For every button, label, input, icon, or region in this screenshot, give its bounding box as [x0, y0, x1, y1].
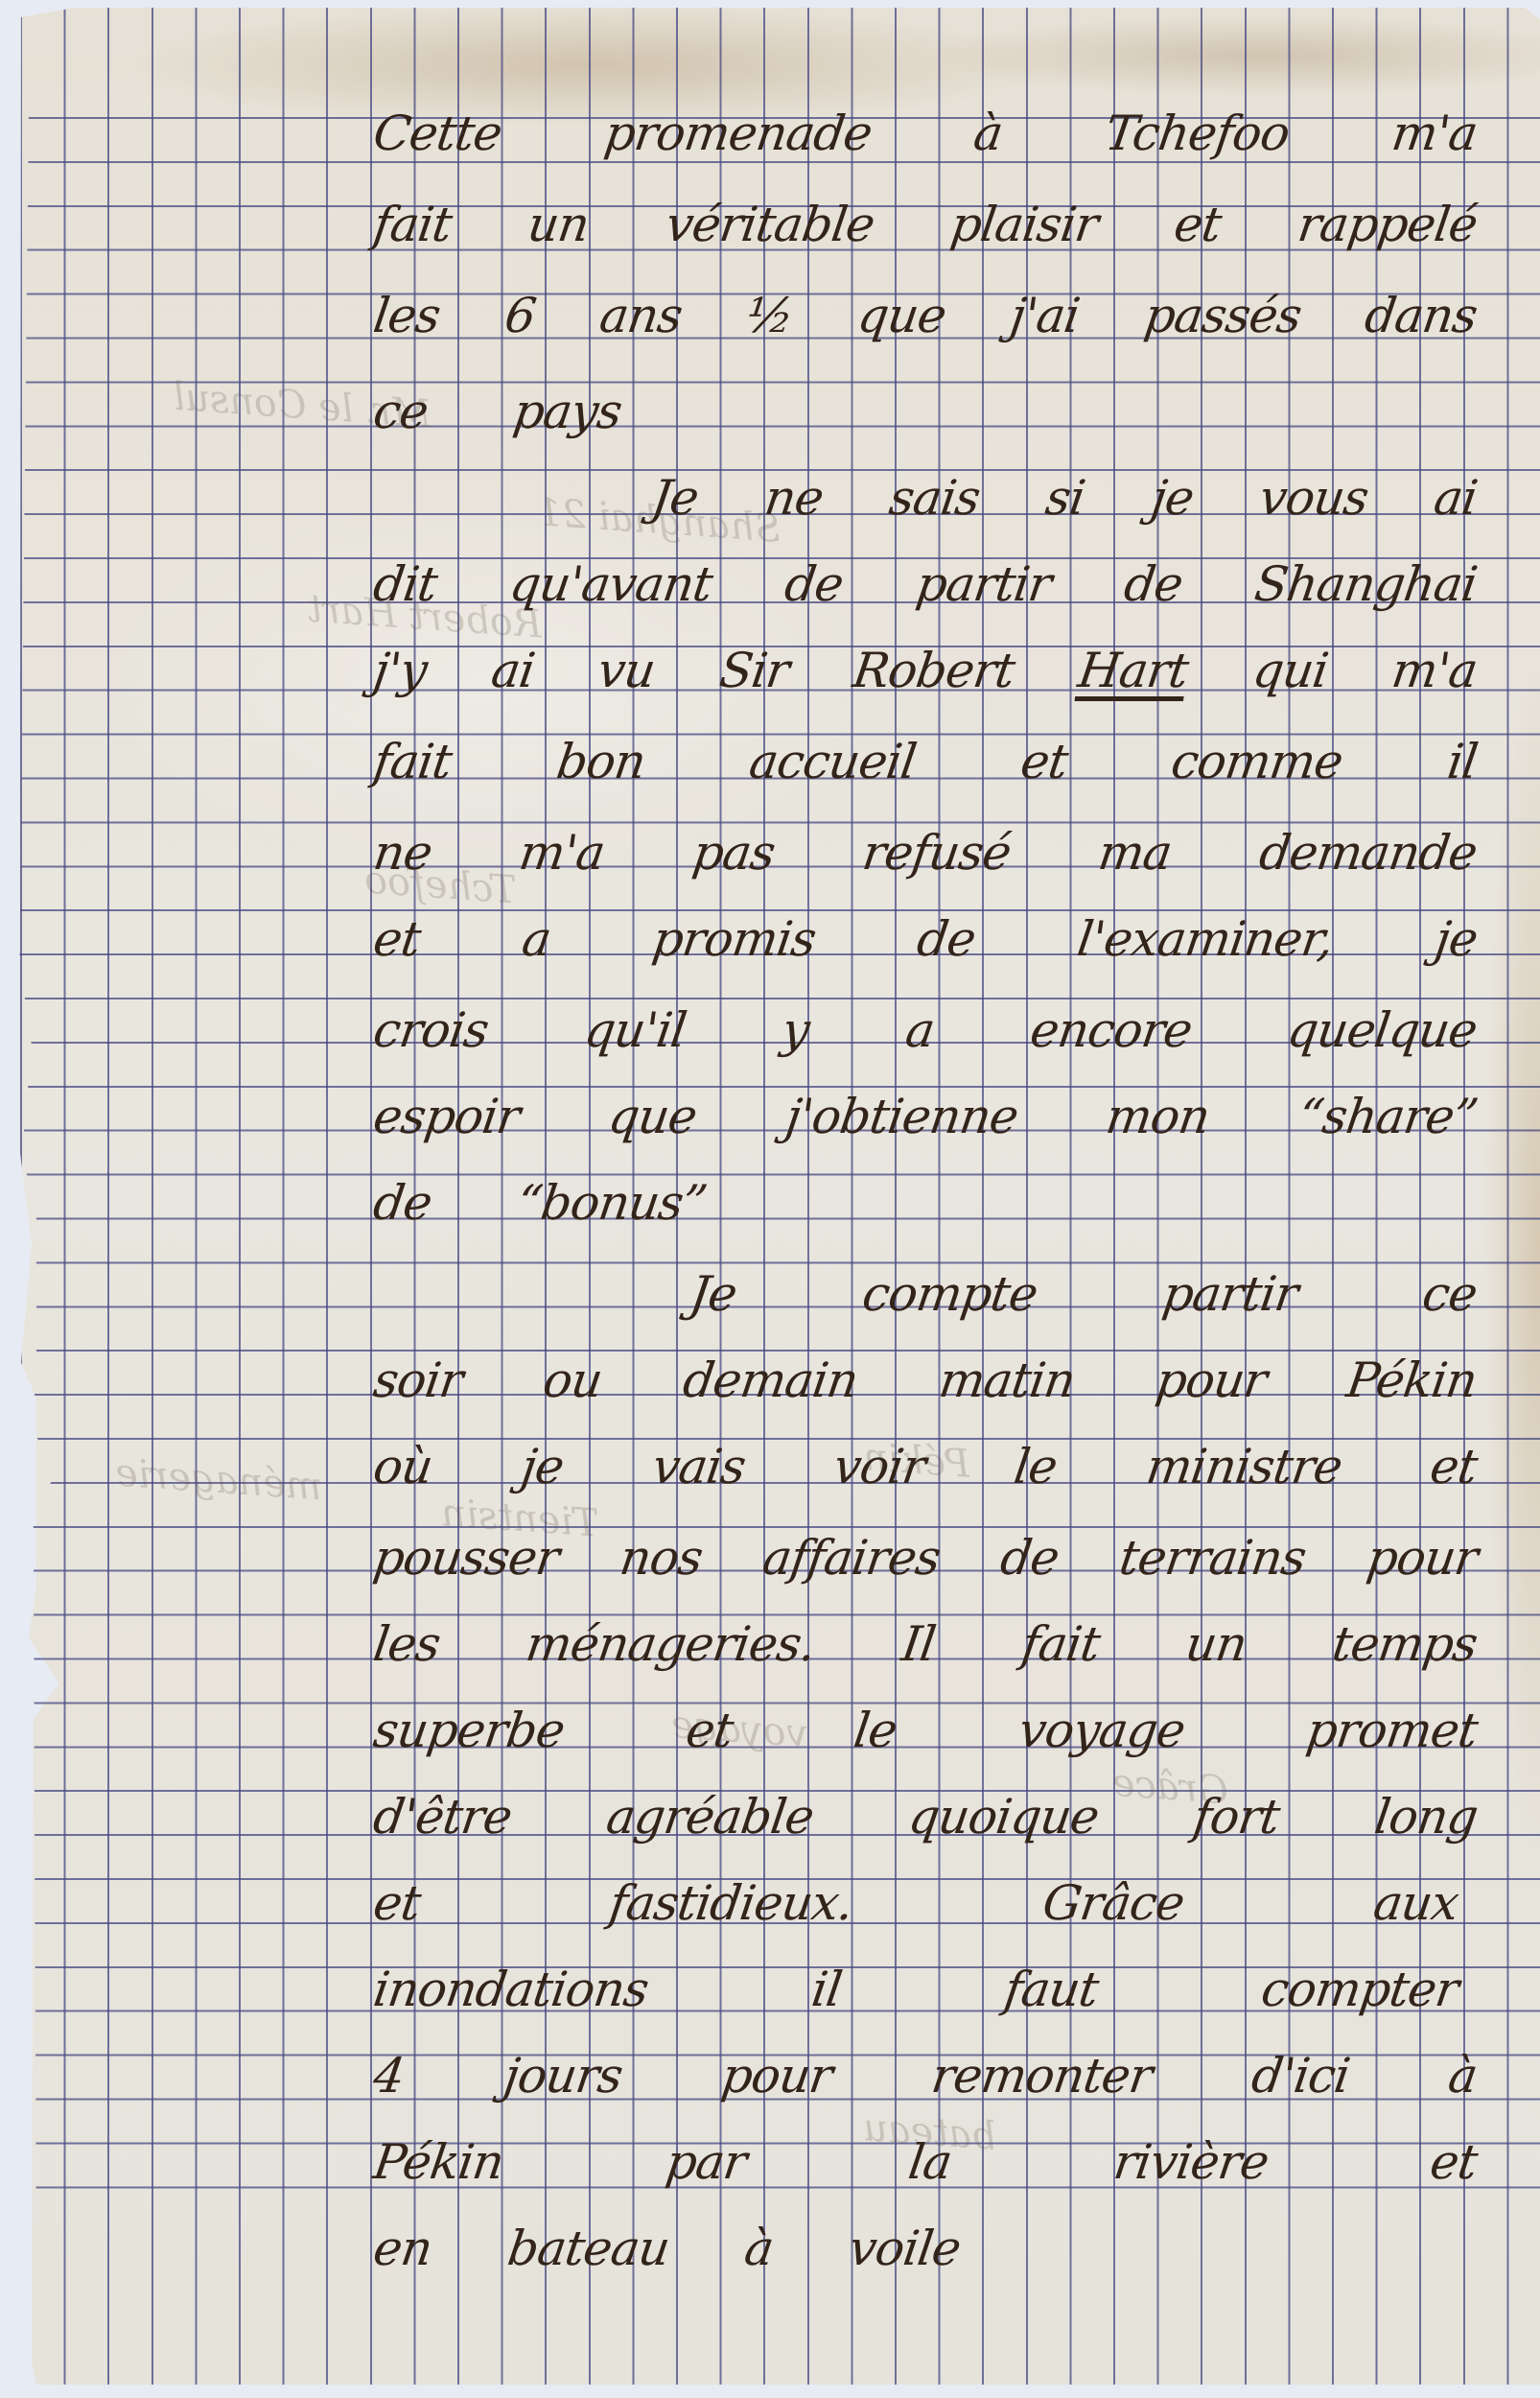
letter-line: poussernosaffairesdeterrainspour [374, 1530, 1477, 1586]
letter-line: Jenesaissijevousai [652, 470, 1477, 526]
word: pas [689, 825, 779, 881]
letter-line: etapromisdel'examiner,je [374, 911, 1477, 967]
word: ai [487, 643, 537, 698]
word: promenade [601, 106, 875, 161]
word: a [902, 1002, 938, 1058]
word: pour [1153, 1352, 1270, 1408]
word: pour [718, 2048, 835, 2104]
word: agréable [603, 1789, 817, 1845]
letter-line: ditqu'avantdepartirdeShanghai [374, 556, 1477, 612]
word: bateau [504, 2221, 673, 2276]
word: ce [370, 384, 432, 439]
word: à [1445, 2048, 1481, 2104]
word: Sir [716, 643, 792, 698]
word: j'ai [1007, 288, 1083, 343]
word: où [370, 1439, 435, 1494]
word: ménageries. [523, 1616, 819, 1672]
word: temps [1329, 1616, 1481, 1672]
word: comme [1168, 734, 1346, 789]
word: Pékin [1343, 1352, 1481, 1408]
letter-line: nem'apasrefusémademande [374, 825, 1477, 881]
word: véritable [663, 197, 877, 252]
word: Pékin [370, 2134, 507, 2190]
word: fait [370, 197, 455, 252]
letter-line: croisqu'ilyaencorequelque [374, 1002, 1477, 1058]
letter-line: j'yaivuSirRobertHartquim'a [374, 643, 1477, 698]
word: vous [1256, 470, 1371, 526]
word: Robert [850, 643, 1017, 698]
word: remonter [928, 2048, 1155, 2104]
word: et [1427, 2134, 1481, 2190]
letter-line: CettepromenadeàTchefoom'a [374, 106, 1477, 161]
word: encore [1027, 1002, 1196, 1058]
word: mon [1103, 1089, 1213, 1144]
word: que [605, 1089, 700, 1144]
word: terrains [1116, 1530, 1309, 1586]
word: et [1427, 1439, 1481, 1494]
word: je [1432, 911, 1481, 967]
word: Tchefoo [1102, 106, 1293, 161]
word: la [905, 2134, 955, 2190]
word: passés [1140, 288, 1304, 343]
word: un [525, 197, 593, 252]
word: rivière [1110, 2134, 1272, 2190]
word: quoique [905, 1789, 1102, 1845]
word: jours [501, 2048, 626, 2104]
word: fait [370, 734, 455, 789]
word: ½ [743, 288, 797, 343]
word: “share” [1295, 1089, 1481, 1144]
word: partir [913, 556, 1055, 612]
word: le [851, 1703, 900, 1758]
word: si [1042, 470, 1088, 526]
letter-line: etfastidieux.Grâceaux [374, 1875, 1458, 1931]
word: les [370, 1616, 443, 1672]
letter-line: les6ans½quej'aipassésdans [374, 288, 1477, 343]
word: compte [859, 1266, 1040, 1322]
word: quelque [1284, 1002, 1481, 1058]
word: je [1148, 470, 1197, 526]
word: voyage [1015, 1703, 1188, 1758]
letter-line: cepays [374, 384, 1477, 439]
word: dit [370, 556, 440, 612]
word: affaires [759, 1530, 944, 1586]
word: il [1444, 734, 1481, 789]
word: de [997, 1530, 1062, 1586]
word: pousser [370, 1530, 562, 1586]
word: y [779, 1002, 812, 1058]
letter-line: de“bonus” [374, 1175, 1477, 1231]
word: à [741, 2221, 777, 2276]
letter-line: inondationsilfautcompter [374, 1962, 1458, 2017]
word: nos [616, 1530, 705, 1586]
letter-line: Pékinparlarivièreet [374, 2134, 1477, 2190]
word: je [518, 1439, 567, 1494]
word: le [1011, 1439, 1061, 1494]
word: ma [1095, 825, 1175, 881]
word: refusé [859, 825, 1015, 881]
word: ne [370, 825, 435, 881]
word: les [370, 288, 443, 343]
word: ai [1431, 470, 1481, 526]
word: pour [1364, 1530, 1481, 1586]
word: a [519, 911, 554, 967]
word: partir [1159, 1266, 1301, 1322]
word: ce [1419, 1266, 1481, 1322]
word: accueil [746, 734, 920, 789]
word: que [854, 288, 949, 343]
word: ans [596, 288, 686, 343]
word: voile [846, 2221, 964, 2276]
word: j'obtienne [782, 1089, 1020, 1144]
word: de [1121, 556, 1186, 612]
word: vais [649, 1439, 749, 1494]
letter-line: Jecomptepartirce [690, 1266, 1477, 1322]
letter-line: espoirquej'obtiennemon“share” [374, 1089, 1477, 1144]
word: j'y [370, 643, 431, 698]
word: m'a [516, 825, 608, 881]
word: faut [1001, 1962, 1102, 2017]
word: long [1371, 1789, 1481, 1845]
word: ou [540, 1352, 605, 1408]
word: compter [1258, 1962, 1461, 2017]
word: Hart [1075, 643, 1192, 698]
word: de [370, 1175, 435, 1231]
word: qu'avant [506, 556, 715, 612]
word: ne [761, 470, 827, 526]
word: Il [898, 1616, 939, 1672]
word: Cette [370, 106, 505, 161]
word: “bonus” [514, 1175, 710, 1231]
word: il [808, 1962, 845, 2017]
word: ministre [1143, 1439, 1345, 1494]
word: 4 [370, 2048, 408, 2104]
word: et [1171, 197, 1225, 252]
word: m'a [1388, 643, 1481, 698]
word: fort [1190, 1789, 1283, 1845]
word: d'être [370, 1789, 515, 1845]
letter-line: faitbonaccueiletcommeil [374, 734, 1477, 789]
letter-line: soiroudemainmatinpourPékin [374, 1352, 1477, 1408]
word: à [970, 106, 1006, 161]
word: promet [1303, 1703, 1481, 1758]
word: vu [595, 643, 659, 698]
word: espoir [370, 1089, 523, 1144]
word: Grâce [1039, 1875, 1187, 1931]
word: en [370, 2221, 435, 2276]
word: de [782, 556, 847, 612]
word: demande [1256, 825, 1481, 881]
word: qu'il [581, 1002, 689, 1058]
word: et [370, 1875, 424, 1931]
word: Shanghai [1251, 556, 1481, 612]
letter-line: oùjevaisvoirleministreet [374, 1439, 1477, 1494]
word: promis [649, 911, 819, 967]
word: et [370, 911, 424, 967]
word: plaisir [947, 197, 1102, 252]
word: d'ici [1248, 2048, 1353, 2104]
word: un [1182, 1616, 1250, 1672]
word: qui [1249, 643, 1331, 698]
word: rappelé [1295, 197, 1481, 252]
letter-line: enbateauàvoile [374, 2221, 1477, 2276]
word: inondations [370, 1962, 652, 2017]
word: sais [886, 470, 983, 526]
word: fastidieux. [606, 1875, 856, 1931]
word: matin [936, 1352, 1079, 1408]
word: de [914, 911, 979, 967]
word: crois [370, 1002, 492, 1058]
word: l'examiner, [1074, 911, 1337, 967]
word: fait [1017, 1616, 1103, 1672]
letter-line: superbeetlevoyagepromet [374, 1703, 1477, 1758]
word: par [663, 2134, 750, 2190]
letter-line: lesménageries.Ilfaituntemps [374, 1616, 1477, 1672]
word: Je [687, 1266, 740, 1322]
word: demain [680, 1352, 861, 1408]
letter-line: faitunvéritableplaisiretrappelé [374, 197, 1477, 252]
word: m'a [1388, 106, 1481, 161]
word: superbe [370, 1703, 568, 1758]
word: voir [830, 1439, 928, 1494]
word: pays [510, 384, 625, 439]
word: bon [552, 734, 647, 789]
letter-line: d'êtreagréablequoiquefortlong [374, 1789, 1477, 1845]
word: soir [370, 1352, 466, 1408]
letter-line: 4jourspourremonterd'icià [374, 2048, 1477, 2104]
word: aux [1370, 1875, 1461, 1931]
word: dans [1362, 288, 1481, 343]
word: et [1017, 734, 1071, 789]
word: Je [648, 470, 702, 526]
word: et [683, 1703, 736, 1758]
word: 6 [502, 288, 539, 343]
